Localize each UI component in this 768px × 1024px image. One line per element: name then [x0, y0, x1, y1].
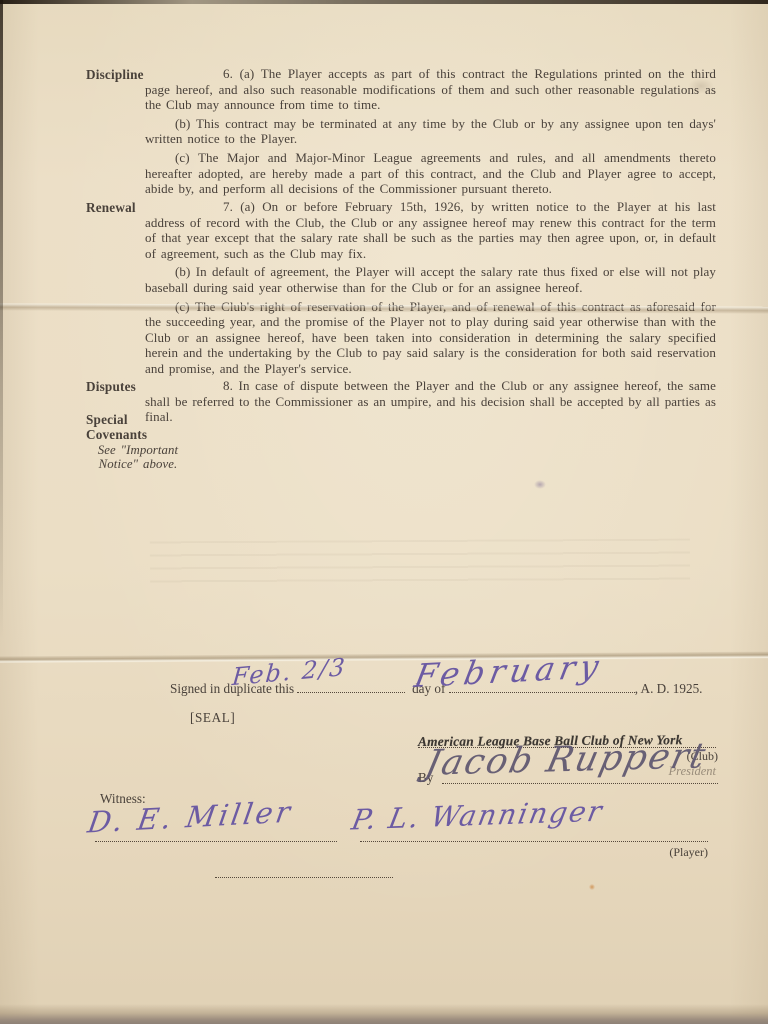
signed-prefix-text: Signed in duplicate this	[170, 681, 294, 696]
clause-7b: (b) In default of agreement, the Player …	[145, 264, 716, 295]
fold-crease-lower	[0, 652, 768, 664]
clause-6c: (c) The Major and Major-Minor League agr…	[145, 150, 716, 197]
scan-edge-top	[0, 0, 768, 4]
blank-witness-rule	[215, 877, 393, 878]
club-stamp-block: American League Base Ball Club of New Yo…	[418, 733, 718, 764]
section-discipline: Discipline 6. (a) The Player accepts as …	[0, 66, 768, 200]
special-covenants-note: See "Important Notice" above.	[92, 443, 184, 471]
clause-7c: (c) The Club's right of reservation of t…	[145, 299, 716, 377]
section-disputes-text: 8. In case of dispute between the Player…	[145, 378, 716, 425]
section-label-renewal: Renewal	[86, 200, 136, 216]
year-text: , A. D. 1925.	[635, 681, 703, 696]
section-renewal: Renewal 7. (a) On or before February 15t…	[0, 199, 768, 380]
section-label-discipline: Discipline	[86, 67, 144, 83]
seal-label: [SEAL]	[190, 710, 235, 726]
month-blank-line	[449, 680, 635, 693]
player-signature-rule	[360, 841, 708, 842]
witness-label: Witness:	[100, 791, 146, 807]
scan-edge-bottom	[0, 1004, 768, 1024]
president-caption: President	[669, 764, 716, 779]
foxing-spot	[589, 884, 595, 890]
section-discipline-text: 6. (a) The Player accepts as part of thi…	[145, 66, 716, 197]
clause-6b: (b) This contract may be terminated at a…	[145, 116, 716, 147]
ink-showthrough	[150, 539, 690, 590]
club-name-stamp: American League Base Ball Club of New Yo…	[418, 732, 718, 750]
clause-6a: 6. (a) The Player accepts as part of thi…	[145, 66, 716, 113]
contract-page-scan: Discipline 6. (a) The Player accepts as …	[0, 0, 768, 1024]
ink-stain	[534, 480, 546, 489]
scan-edge-left	[0, 0, 3, 640]
section-renewal-text: 7. (a) On or before February 15th, 1926,…	[145, 199, 716, 377]
by-label: By	[418, 770, 433, 785]
day-blank-line	[297, 680, 405, 693]
by-signature-row: By President	[418, 770, 718, 786]
signed-in-duplicate-line: Signed in duplicate this day of , A. D. …	[170, 680, 715, 697]
by-signature-rule	[442, 783, 718, 784]
clause-7a: 7. (a) On or before February 15th, 1926,…	[145, 199, 716, 261]
section-label-disputes: Disputes	[86, 379, 136, 395]
day-of-text: day of	[412, 681, 445, 696]
player-caption: (Player)	[600, 845, 708, 860]
club-caption: (Club)	[418, 749, 718, 764]
witness-signature-rule	[95, 841, 337, 842]
player-signature: P. L. Wanninger	[349, 794, 607, 836]
clause-8: 8. In case of dispute between the Player…	[145, 378, 716, 425]
section-label-special-covenants: Special Covenants	[86, 413, 168, 442]
